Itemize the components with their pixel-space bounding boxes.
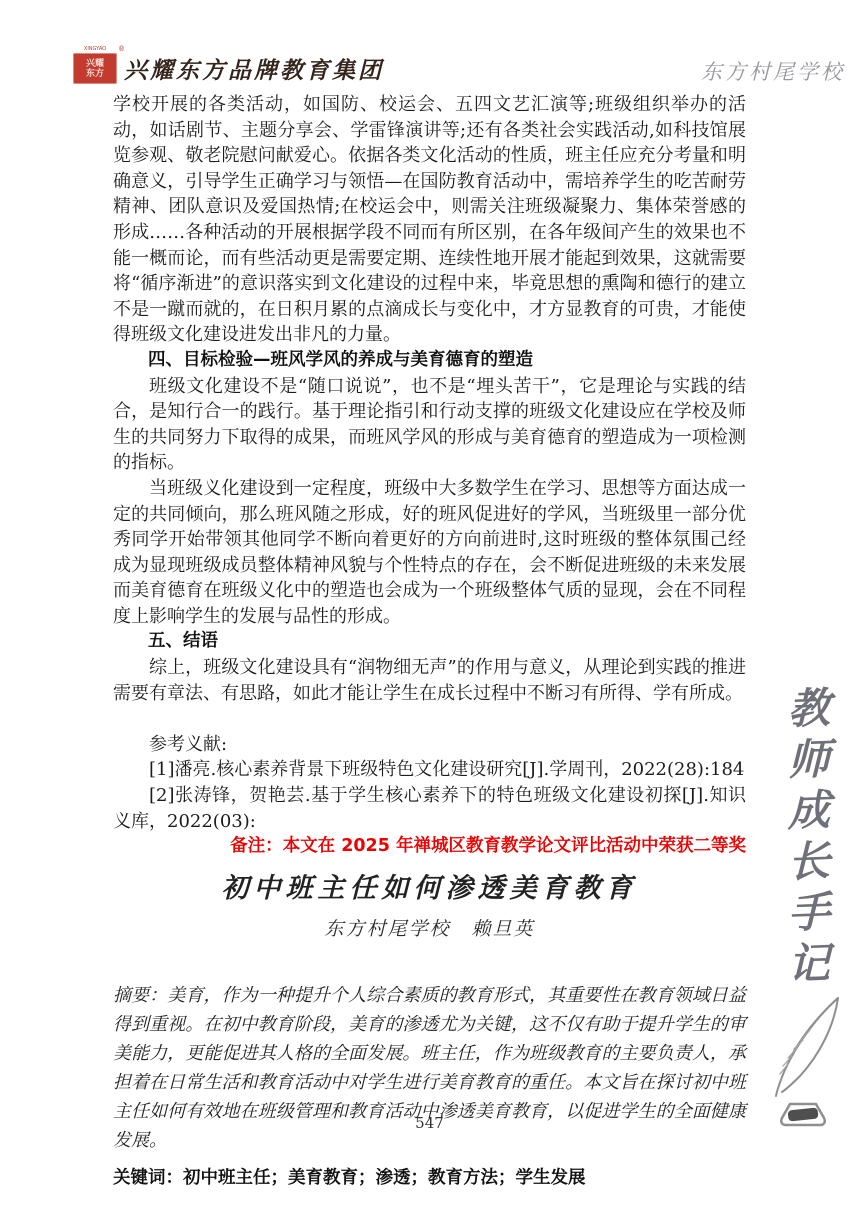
paragraph: 综上，班级文化建设具有“润物细无声”的作用与意义，从理论到实践的推进需要有章法、…: [113, 655, 746, 706]
sidebar-vertical-calligraphy: 教师成长手记: [778, 685, 834, 999]
section-heading-five: 五、结语: [113, 629, 746, 655]
page-number: 547: [113, 1114, 746, 1132]
article2-keywords: 关键词：初中班主任；美育教育；渗透；教育方法；学生发展: [113, 1164, 746, 1189]
blank-line: [113, 706, 746, 732]
article1-body: 学校开展的各类活动，如国防、校运会、五四文艺汇演等;班级组织举办的活动，如话剧节…: [113, 92, 746, 860]
paragraph: 当班级义化建设到一定程度，班级中大多数学生在学习、思想等方面达成一定的共同倾向，…: [113, 476, 746, 630]
reference-item: [2]张涛锋，贺艳芸.基于学生核心素养下的特色班级文化建设初探[J].知识义库，…: [113, 783, 746, 834]
seal-line1: 兴耀: [86, 59, 104, 69]
references-title: 参考义献:: [113, 732, 746, 758]
section-heading-four: 四、目标检验—班风学风的养成与美育德育的塑造: [113, 348, 746, 374]
seal-top-text: XINGYAO: [73, 46, 117, 52]
brand-logo-group: XINGYAO 兴耀 东方 ® 兴耀东方品牌教育集团: [73, 52, 384, 85]
paragraph-continued: 学校开展的各类活动，如国防、校运会、五四文艺汇演等;班级组织举办的活动，如话剧节…: [113, 92, 746, 348]
inkwell-icon: [781, 1104, 825, 1125]
paragraph: 班级文化建设不是“随口说说”，也不是“埋头苦干”，它是理论与实践的结合，是知行合…: [113, 374, 746, 476]
document-page: XINGYAO 兴耀 东方 ® 兴耀东方品牌教育集团 东方村尾学校 学校开展的各…: [0, 0, 850, 1205]
school-name: 东方村尾学校: [701, 56, 845, 86]
seal-line2: 东方: [86, 69, 104, 79]
page-header: XINGYAO 兴耀 东方 ® 兴耀东方品牌教育集团 东方村尾学校: [73, 52, 845, 92]
registered-trademark-icon: ®: [118, 45, 125, 53]
brand-name: 兴耀东方品牌教育集团: [124, 52, 384, 85]
article2-byline: 东方村尾学校 赖旦英: [113, 914, 746, 941]
article2-section: 初中班主任如何渗透美育教育 东方村尾学校 赖旦英 摘要：美育，作为一种提升个人综…: [113, 866, 746, 1189]
award-note: 备注：本文在 2025 年禅城区教育教学论文评比活动中荣获二等奖: [113, 834, 746, 860]
quill-pen-icon: [760, 992, 850, 1137]
brand-seal-icon: XINGYAO 兴耀 东方 ®: [73, 53, 117, 84]
reference-item: [1]潘亮.核心素养背景下班级特色文化建设研究[J].学周刊，2022(28):…: [113, 757, 746, 783]
article2-title: 初中班主任如何渗透美育教育: [113, 866, 746, 905]
